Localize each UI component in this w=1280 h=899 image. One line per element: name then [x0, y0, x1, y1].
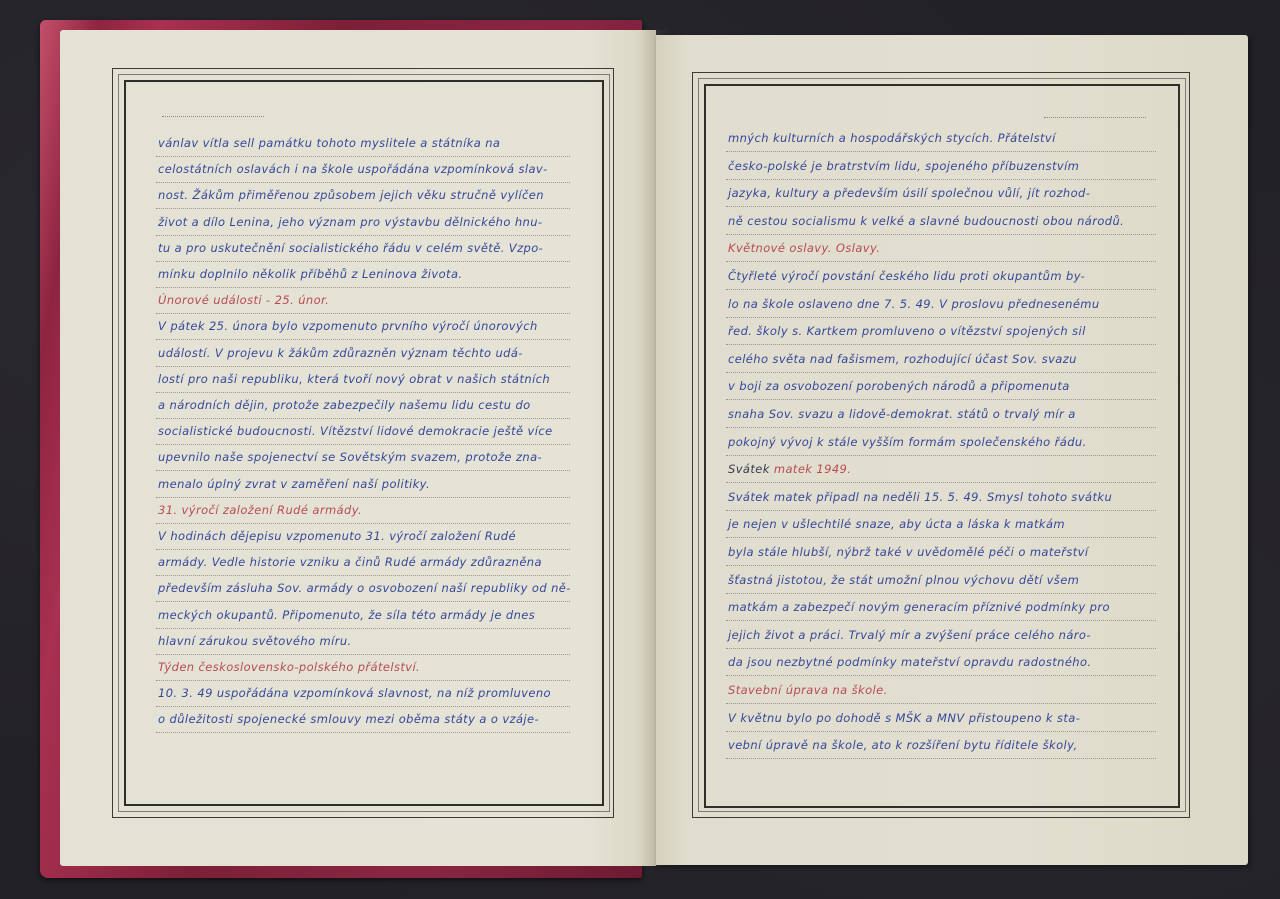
- handwritten-line: událostí. V projevu k žákům zdůrazněn vý…: [156, 340, 570, 367]
- handwritten-line: byla stále hlubší, nýbrž také v uvědoměl…: [726, 539, 1156, 566]
- handwritten-line: V květnu bylo po dohodě s MŠK a MNV přis…: [726, 705, 1156, 732]
- header-dotted-line: [1044, 117, 1146, 118]
- right-page-text: mných kulturních a hospodářských stycích…: [726, 125, 1156, 765]
- section-heading: 31. výročí založení Rudé armády.: [156, 497, 570, 524]
- handwritten-line: da jsou nezbytné podmínky mateřství opra…: [726, 649, 1156, 676]
- left-page: vánlav vítla sell památku tohoto myslite…: [60, 30, 656, 866]
- handwritten-line: V hodinách dějepisu vzpomenuto 31. výroč…: [156, 523, 570, 550]
- left-page-text: vánlav vítla sell památku tohoto myslite…: [156, 130, 570, 730]
- handwritten-line: lostí pro naši republiku, která tvoří no…: [156, 366, 570, 393]
- section-heading: Týden československo-polského přátelství…: [156, 654, 570, 681]
- section-heading: Svátek matek 1949.: [726, 456, 1156, 483]
- handwritten-line: hlavní zárukou světového míru.: [156, 628, 570, 655]
- handwritten-line: ně cestou socialismu k velké a slavné bu…: [726, 208, 1156, 235]
- handwritten-line: celostátních oslavách i na škole uspořád…: [156, 156, 570, 183]
- handwritten-line: život a dílo Lenina, jeho význam pro výs…: [156, 209, 570, 236]
- right-page: mných kulturních a hospodářských stycích…: [656, 35, 1248, 865]
- header-dotted-line: [162, 116, 264, 117]
- handwritten-line: 10. 3. 49 uspořádána vzpomínková slavnos…: [156, 680, 570, 707]
- handwritten-line: meckých okupantů. Připomenuto, že síla t…: [156, 602, 570, 629]
- handwritten-line: celého světa nad fašismem, rozhodující ú…: [726, 346, 1156, 373]
- handwritten-line: pokojný vývoj k stále vyšším formám spol…: [726, 429, 1156, 456]
- handwritten-line: česko-polské je bratrstvím lidu, spojené…: [726, 153, 1156, 180]
- handwritten-line: socialistické budoucnosti. Vítězství lid…: [156, 418, 570, 445]
- handwritten-line: mínku doplnilo několik příběhů z Leninov…: [156, 261, 570, 288]
- handwritten-line: mných kulturních a hospodářských stycích…: [726, 125, 1156, 152]
- handwritten-line: nost. Žákům přiměřenou způsobem jejich v…: [156, 182, 570, 209]
- section-heading: Květnové oslavy. Oslavy.: [726, 235, 1156, 262]
- handwritten-line: a národních dějin, protože zabezpečily n…: [156, 392, 570, 419]
- handwritten-line: armády. Vedle historie vzniku a činů Rud…: [156, 549, 570, 576]
- section-heading: Únorové události - 25. únor.: [156, 287, 570, 314]
- handwritten-line: řed. školy s. Kartkem promluveno o vítěz…: [726, 318, 1156, 345]
- handwritten-line: lo na škole oslaveno dne 7. 5. 49. V pro…: [726, 291, 1156, 318]
- heading-prefix: Svátek: [728, 462, 774, 476]
- handwritten-line: je nejen v ušlechtilé snaze, aby úcta a …: [726, 511, 1156, 538]
- section-heading: Stavební úprava na škole.: [726, 677, 1156, 704]
- handwritten-line: Čtyřleté výročí povstání českého lidu pr…: [726, 263, 1156, 290]
- handwritten-line: především zásluha Sov. armády o osvoboze…: [156, 575, 570, 602]
- handwritten-line: matkám a zabezpečí novým generacím přízn…: [726, 594, 1156, 621]
- handwritten-line: tu a pro uskutečnění socialistického řád…: [156, 235, 570, 262]
- handwritten-line: vební úpravě na škole, ato k rozšíření b…: [726, 732, 1156, 759]
- handwritten-line: menalo úplný zvrat v zaměření naší polit…: [156, 471, 570, 498]
- handwritten-line: o důležitosti spojenecké smlouvy mezi ob…: [156, 706, 570, 733]
- handwritten-line: Svátek matek připadl na neděli 15. 5. 49…: [726, 484, 1156, 511]
- handwritten-line: šťastná jistotou, že stát umožní plnou v…: [726, 567, 1156, 594]
- handwritten-line: V pátek 25. února bylo vzpomenuto prvníh…: [156, 313, 570, 340]
- handwritten-line: upevnilo naše spojenectví se Sovětským s…: [156, 444, 570, 471]
- heading-suffix: matek 1949.: [774, 462, 851, 476]
- handwritten-line: v boji za osvobození porobených národů a…: [726, 373, 1156, 400]
- handwritten-line: vánlav vítla sell památku tohoto myslite…: [156, 130, 570, 157]
- handwritten-line: jejich život a práci. Trvalý mír a zvýše…: [726, 622, 1156, 649]
- handwritten-line: snaha Sov. svazu a lidově-demokrat. stát…: [726, 401, 1156, 428]
- handwritten-line: jazyka, kultury a především úsilí společ…: [726, 180, 1156, 207]
